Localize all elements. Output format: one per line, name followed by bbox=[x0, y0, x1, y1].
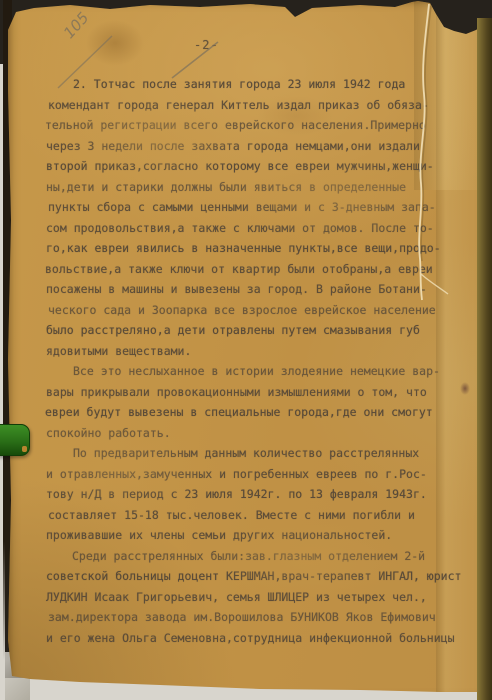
typed-line: ядовитыми веществами. bbox=[46, 341, 472, 362]
typed-line: и отравленных,замученных и погребенных е… bbox=[46, 464, 472, 485]
typed-line: ческого сада и Зоопарка все взрослое евр… bbox=[48, 300, 472, 321]
typed-line: через 3 недели после захвата города немц… bbox=[46, 136, 472, 157]
typed-line: ны,дети и старики должны были явиться в … bbox=[46, 177, 472, 198]
typed-line: проживавшие их члены семьи других национ… bbox=[46, 525, 472, 546]
typed-line: Все это неслыханное в истории злодеяние … bbox=[46, 361, 472, 382]
typed-line: пункты сбора с самыми ценными вещами и с… bbox=[48, 197, 472, 218]
typed-text-body: 2. Тотчас после занятия города 23 июля 1… bbox=[46, 74, 472, 648]
typed-line: и его жена Ольга Семеновна,сотрудница ин… bbox=[46, 628, 472, 649]
clip-tip bbox=[22, 446, 27, 452]
scanned-document-photo: -2- 105 2. Тотчас после занятия города 2… bbox=[0, 0, 492, 700]
typed-line: второй приказ,согласно которому все евре… bbox=[46, 156, 472, 177]
typed-line: комендант города генерал Киттель издал п… bbox=[48, 95, 472, 116]
green-bookmark-clip bbox=[0, 424, 30, 456]
typed-line: евреи будут вывезены в специальные город… bbox=[45, 402, 472, 423]
typed-line: го,как евреи явились в назначенные пункт… bbox=[46, 238, 472, 259]
typed-line: спокойно работать. bbox=[46, 423, 472, 444]
typed-line: По предварительным данным количество рас… bbox=[46, 443, 472, 464]
typed-line: посажены в машины и вывезены за город. В… bbox=[46, 279, 472, 300]
typed-line: тову н/Д в период с 23 июля 1942г. по 13… bbox=[46, 484, 472, 505]
typed-line: вары прикрывали провокационными измышлен… bbox=[46, 382, 472, 403]
typed-line: зам.директора завода им.Ворошилова БУНИК… bbox=[48, 607, 472, 628]
typed-line: вольствие,а также ключи от квартир были … bbox=[45, 259, 472, 280]
typed-line: тельной регистрации всего еврейского нас… bbox=[45, 115, 472, 136]
typed-line: ЛУДКИН Исаак Григорьевич, семья ШЛИЦЕР и… bbox=[46, 587, 472, 608]
typed-line: советской больницы доцент КЕРШМАН,врач-т… bbox=[46, 566, 472, 587]
typed-line: было расстреляно,а дети отравлены путем … bbox=[46, 320, 472, 341]
typed-line: составляет 15-18 тыс.человек. Вместе с н… bbox=[48, 505, 472, 526]
typed-page-number: -2- bbox=[194, 38, 219, 52]
document-page: -2- 105 2. Тотчас после занятия города 2… bbox=[8, 0, 479, 692]
paper-stain bbox=[86, 20, 144, 66]
handwritten-number: 105 bbox=[60, 9, 93, 42]
typed-line: сом продовольствия,а также с ключами от … bbox=[46, 218, 472, 239]
typed-line: Среди расстрелянных были:зав.глазным отд… bbox=[45, 546, 472, 567]
typed-line: 2. Тотчас после занятия города 23 июля 1… bbox=[46, 74, 472, 95]
page-stack-edge bbox=[477, 18, 492, 700]
